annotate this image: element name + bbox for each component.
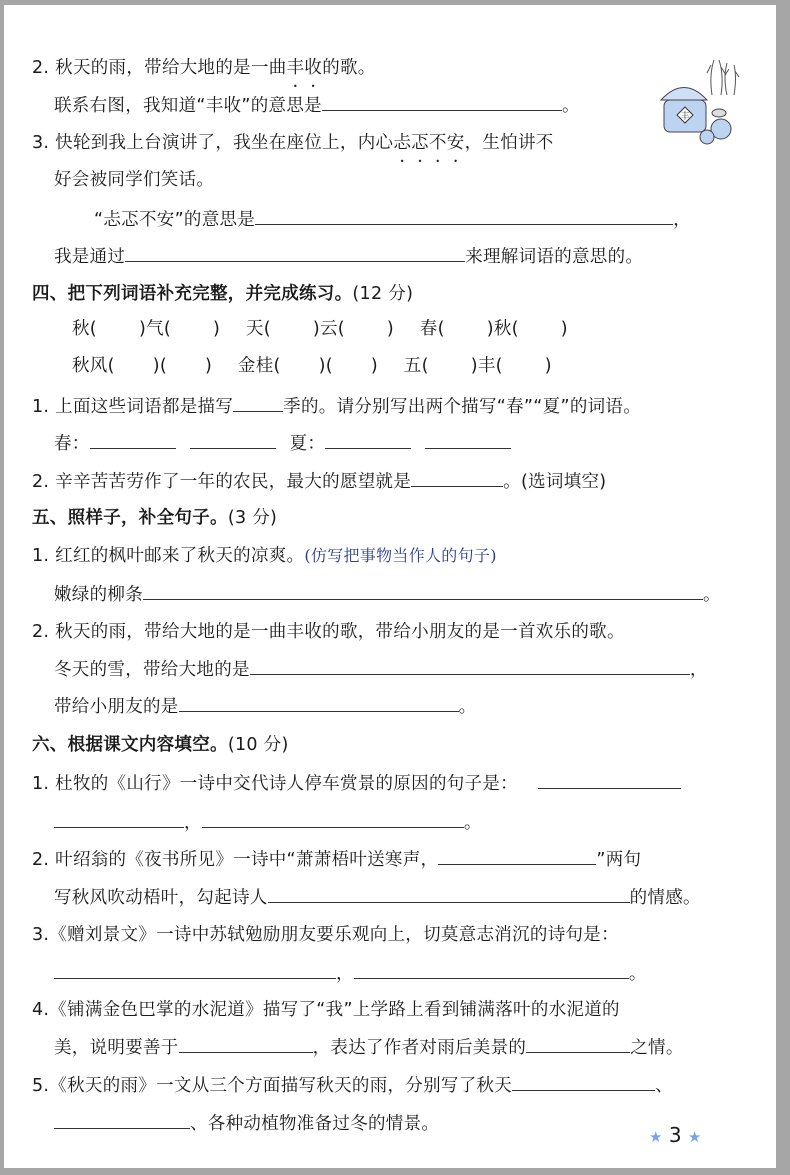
section-6-question-2: 2. 叶绍翁的《夜书所见》一诗中“萧萧梧叶送寒声，”两句 [32, 848, 641, 871]
emphasis-char: 忐 [393, 133, 411, 153]
word-part: 五( [404, 356, 429, 376]
word-part: ) [371, 356, 378, 376]
instruction-hint: (仿写把事物当作人的句子) [304, 546, 496, 565]
punctuation: 。 [703, 585, 721, 605]
prompt-text: 写秋风吹动梧叶，勾起诗人 [54, 888, 268, 908]
section-6-question-4-line-2: 美，说明要善于，表达了作者对雨后美景的之情。 [54, 1036, 684, 1059]
prompt-text: 嫩绿的柳条 [54, 585, 143, 605]
question-2-answer-line: 联系右图，我知道“丰收”的意思是。 [54, 94, 580, 117]
section-6-question-4: 4.《铺满金色巴掌的水泥道》描写了“我”上学路上看到铺满落叶的水泥道的 [32, 999, 620, 1021]
answer-blank[interactable] [202, 811, 464, 828]
prompt-text: 我是通过 [54, 247, 125, 267]
word-part: 金桂( [238, 356, 281, 376]
answer-blank[interactable] [179, 695, 459, 712]
spring-label: 春： [54, 434, 90, 454]
punctuation: 。 [629, 964, 647, 984]
answer-blank[interactable] [54, 962, 336, 979]
section-points: (3 分) [228, 508, 277, 528]
answer-blank[interactable] [512, 1074, 655, 1091]
punctuation: ， [336, 964, 354, 984]
star-icon: ★ [649, 1128, 662, 1146]
punctuation: 、 [655, 1076, 673, 1096]
question-text: 1. 杜牧的《山行》一诗中交代诗人停车赏景的原因的句子是： [32, 774, 518, 794]
spring-blank-1[interactable] [90, 432, 176, 449]
question-3-method-line: 我是通过来理解词语的意思的。 [54, 245, 643, 268]
answer-blank[interactable] [54, 1112, 190, 1129]
word-row-2: 秋风()() 金桂()() 五()丰() [72, 355, 552, 377]
section-5-answer-line-3: 带给小朋友的是。 [54, 695, 476, 718]
question-text: 1. 红红的枫叶邮来了秋天的凉爽。 [32, 546, 304, 566]
section-6-question-3-line-2: ，。 [54, 962, 647, 985]
answer-blank[interactable] [538, 772, 681, 789]
question-text: 的歌。 [322, 58, 375, 78]
punctuation: 。 [562, 96, 580, 116]
answer-blank[interactable] [143, 583, 703, 600]
word-part: 秋风( [72, 356, 115, 376]
word-part: 秋( [72, 319, 97, 339]
question-text: ，生怕讲不 [465, 133, 554, 153]
question-text: 1. 上面这些词语都是描写 [32, 397, 233, 417]
question-3-meaning-line: “忐忑不安”的意思是， [94, 208, 691, 231]
prompt-text: 、各种动植物准备过冬的情景。 [190, 1114, 439, 1134]
question-2: 2. 秋天的雨，带给大地的是一曲丰收的歌。 [32, 57, 376, 79]
question-text: 3. 快轮到我上台演讲了，我坐在座位上，内心 [32, 133, 393, 153]
word-part: 天( [246, 319, 271, 339]
word-part: )( [153, 356, 167, 376]
section-6-question-1: 1. 杜牧的《山行》一诗中交代诗人停车赏景的原因的句子是： [32, 772, 681, 795]
star-icon: ★ [688, 1128, 701, 1146]
punctuation: ， [690, 660, 708, 680]
section-5-answer-line-1: 嫩绿的柳条。 [54, 583, 721, 606]
summer-blank-1[interactable] [325, 432, 411, 449]
section-points: (12 分) [352, 284, 413, 304]
word-part: )云( [313, 319, 345, 339]
word-part: )( [319, 356, 333, 376]
summer-blank-2[interactable] [425, 432, 511, 449]
section-6-question-1-line-2: ，。 [54, 811, 482, 834]
question-text: 2. 叶绍翁的《夜书所见》一诗中“萧萧梧叶送寒声， [32, 850, 438, 870]
spring-summer-words-line: 春：夏： [54, 432, 511, 455]
prompt-text: 联系右图，我知道“丰收”的意思是 [54, 96, 322, 116]
emphasis-char: 忑 [411, 133, 429, 153]
section-6-question-3: 3.《赠刘景文》一诗中苏轼勉励朋友要乐观向上，切莫意志消沉的诗句是： [32, 924, 619, 946]
word-part: ) [545, 356, 552, 376]
prompt-text: 带给小朋友的是 [54, 697, 179, 717]
word-part: ) [387, 319, 394, 339]
emphasis-char: 安 [447, 133, 465, 153]
punctuation: ， [673, 210, 691, 230]
section-4-heading: 四、把下列词语补充完整，并完成练习。(12 分) [32, 283, 413, 305]
word-part: ) [205, 356, 212, 376]
answer-blank[interactable] [411, 470, 503, 487]
answer-blank[interactable] [233, 395, 283, 412]
section-4-question-1: 1. 上面这些词语都是描写季的。请分别写出两个描写“春”“夏”的词语。 [32, 395, 641, 418]
section-5-answer-line-2: 冬天的雪，带给大地的是， [54, 658, 708, 681]
answer-blank[interactable] [354, 962, 629, 979]
answer-blank[interactable] [54, 811, 184, 828]
question-text: 2. 秋天的雨，带给大地的是一曲 [32, 58, 287, 78]
section-title: 四、把下列词语补充完整，并完成练习。 [32, 284, 352, 304]
section-title: 六、根据课文内容填空。 [32, 735, 228, 755]
answer-blank[interactable] [322, 94, 562, 111]
punctuation: ， [184, 813, 202, 833]
answer-blank[interactable] [125, 245, 465, 262]
answer-blank[interactable] [438, 848, 596, 865]
prompt-text: 来理解词语的意思的。 [465, 247, 643, 267]
section-6-question-5: 5.《秋天的雨》一文从三个方面描写秋天的雨，分别写了秋天、 [32, 1074, 673, 1097]
section-5-question-1: 1. 红红的枫叶邮来了秋天的凉爽。(仿写把事物当作人的句子) [32, 545, 497, 567]
punctuation: 。 [464, 813, 482, 833]
section-4-question-2: 2. 辛辛苦苦劳作了一年的农民，最大的愿望就是。(选词填空) [32, 470, 606, 493]
word-part: )丰( [471, 356, 503, 376]
word-row-1: 秋()气() 天()云() 春()秋() [72, 318, 568, 340]
word-part: ) [213, 319, 220, 339]
section-5-heading: 五、照样子，补全句子。(3 分) [32, 507, 277, 529]
spring-blank-2[interactable] [190, 432, 276, 449]
section-6-question-5-line-2: 、各种动植物准备过冬的情景。 [54, 1112, 439, 1135]
prompt-text: 冬天的雪，带给大地的是 [54, 660, 250, 680]
prompt-text: 之情。 [630, 1038, 683, 1058]
answer-blank[interactable] [268, 886, 630, 903]
question-text: 5.《秋天的雨》一文从三个方面描写秋天的雨，分别写了秋天 [32, 1076, 512, 1096]
worksheet-page: 2. 秋天的雨，带给大地的是一曲丰收的歌。 联系右图，我知道“丰收”的意思是。 … [4, 5, 776, 1168]
question-text: ”两句 [596, 850, 641, 870]
question-text: 2. 辛辛苦苦劳作了一年的农民，最大的愿望就是 [32, 472, 411, 492]
section-6-question-2-line-2: 写秋风吹动梧叶，勾起诗人的情感。 [54, 886, 701, 909]
page-number-value: 3 [669, 1123, 682, 1147]
question-text: 好会被同学们笑话。 [54, 169, 214, 191]
emphasis-char: 丰 [287, 58, 305, 78]
section-title: 五、照样子，补全句子。 [32, 508, 228, 528]
answer-blank[interactable] [526, 1036, 630, 1053]
section-points: (10 分) [228, 735, 289, 755]
word-part: 春( [420, 319, 445, 339]
emphasis-char: 收 [304, 58, 322, 78]
section-5-question-2: 2. 秋天的雨，带给大地的是一曲丰收的歌，带给小朋友的是一首欢乐的歌。 [32, 621, 625, 643]
question-text: 。(选词填空) [503, 472, 606, 492]
question-3: 3. 快轮到我上台演讲了，我坐在座位上，内心忐忑不安，生怕讲不 [32, 132, 554, 154]
punctuation: 。 [459, 697, 477, 717]
page-number: ★ 3 ★ [649, 1123, 701, 1147]
prompt-text: 美，说明要善于 [54, 1038, 179, 1058]
word-part: )秋( [487, 319, 519, 339]
emphasis-char: 不 [429, 133, 447, 153]
summer-label: 夏： [290, 434, 326, 454]
section-6-heading: 六、根据课文内容填空。(10 分) [32, 734, 289, 756]
prompt-text: “忐忑不安”的意思是 [94, 210, 255, 230]
question-text: 季的。请分别写出两个描写“春”“夏”的词语。 [283, 397, 641, 417]
answer-blank[interactable] [250, 658, 690, 675]
answer-blank[interactable] [255, 208, 673, 225]
harvest-granary-illustration: 丰 [649, 55, 749, 155]
prompt-text: ，表达了作者对雨后美景的 [313, 1038, 527, 1058]
word-part: )气( [139, 319, 171, 339]
answer-blank[interactable] [179, 1036, 313, 1053]
prompt-text: 的情感。 [630, 888, 701, 908]
svg-text:丰: 丰 [680, 110, 689, 122]
word-part: ) [561, 319, 568, 339]
